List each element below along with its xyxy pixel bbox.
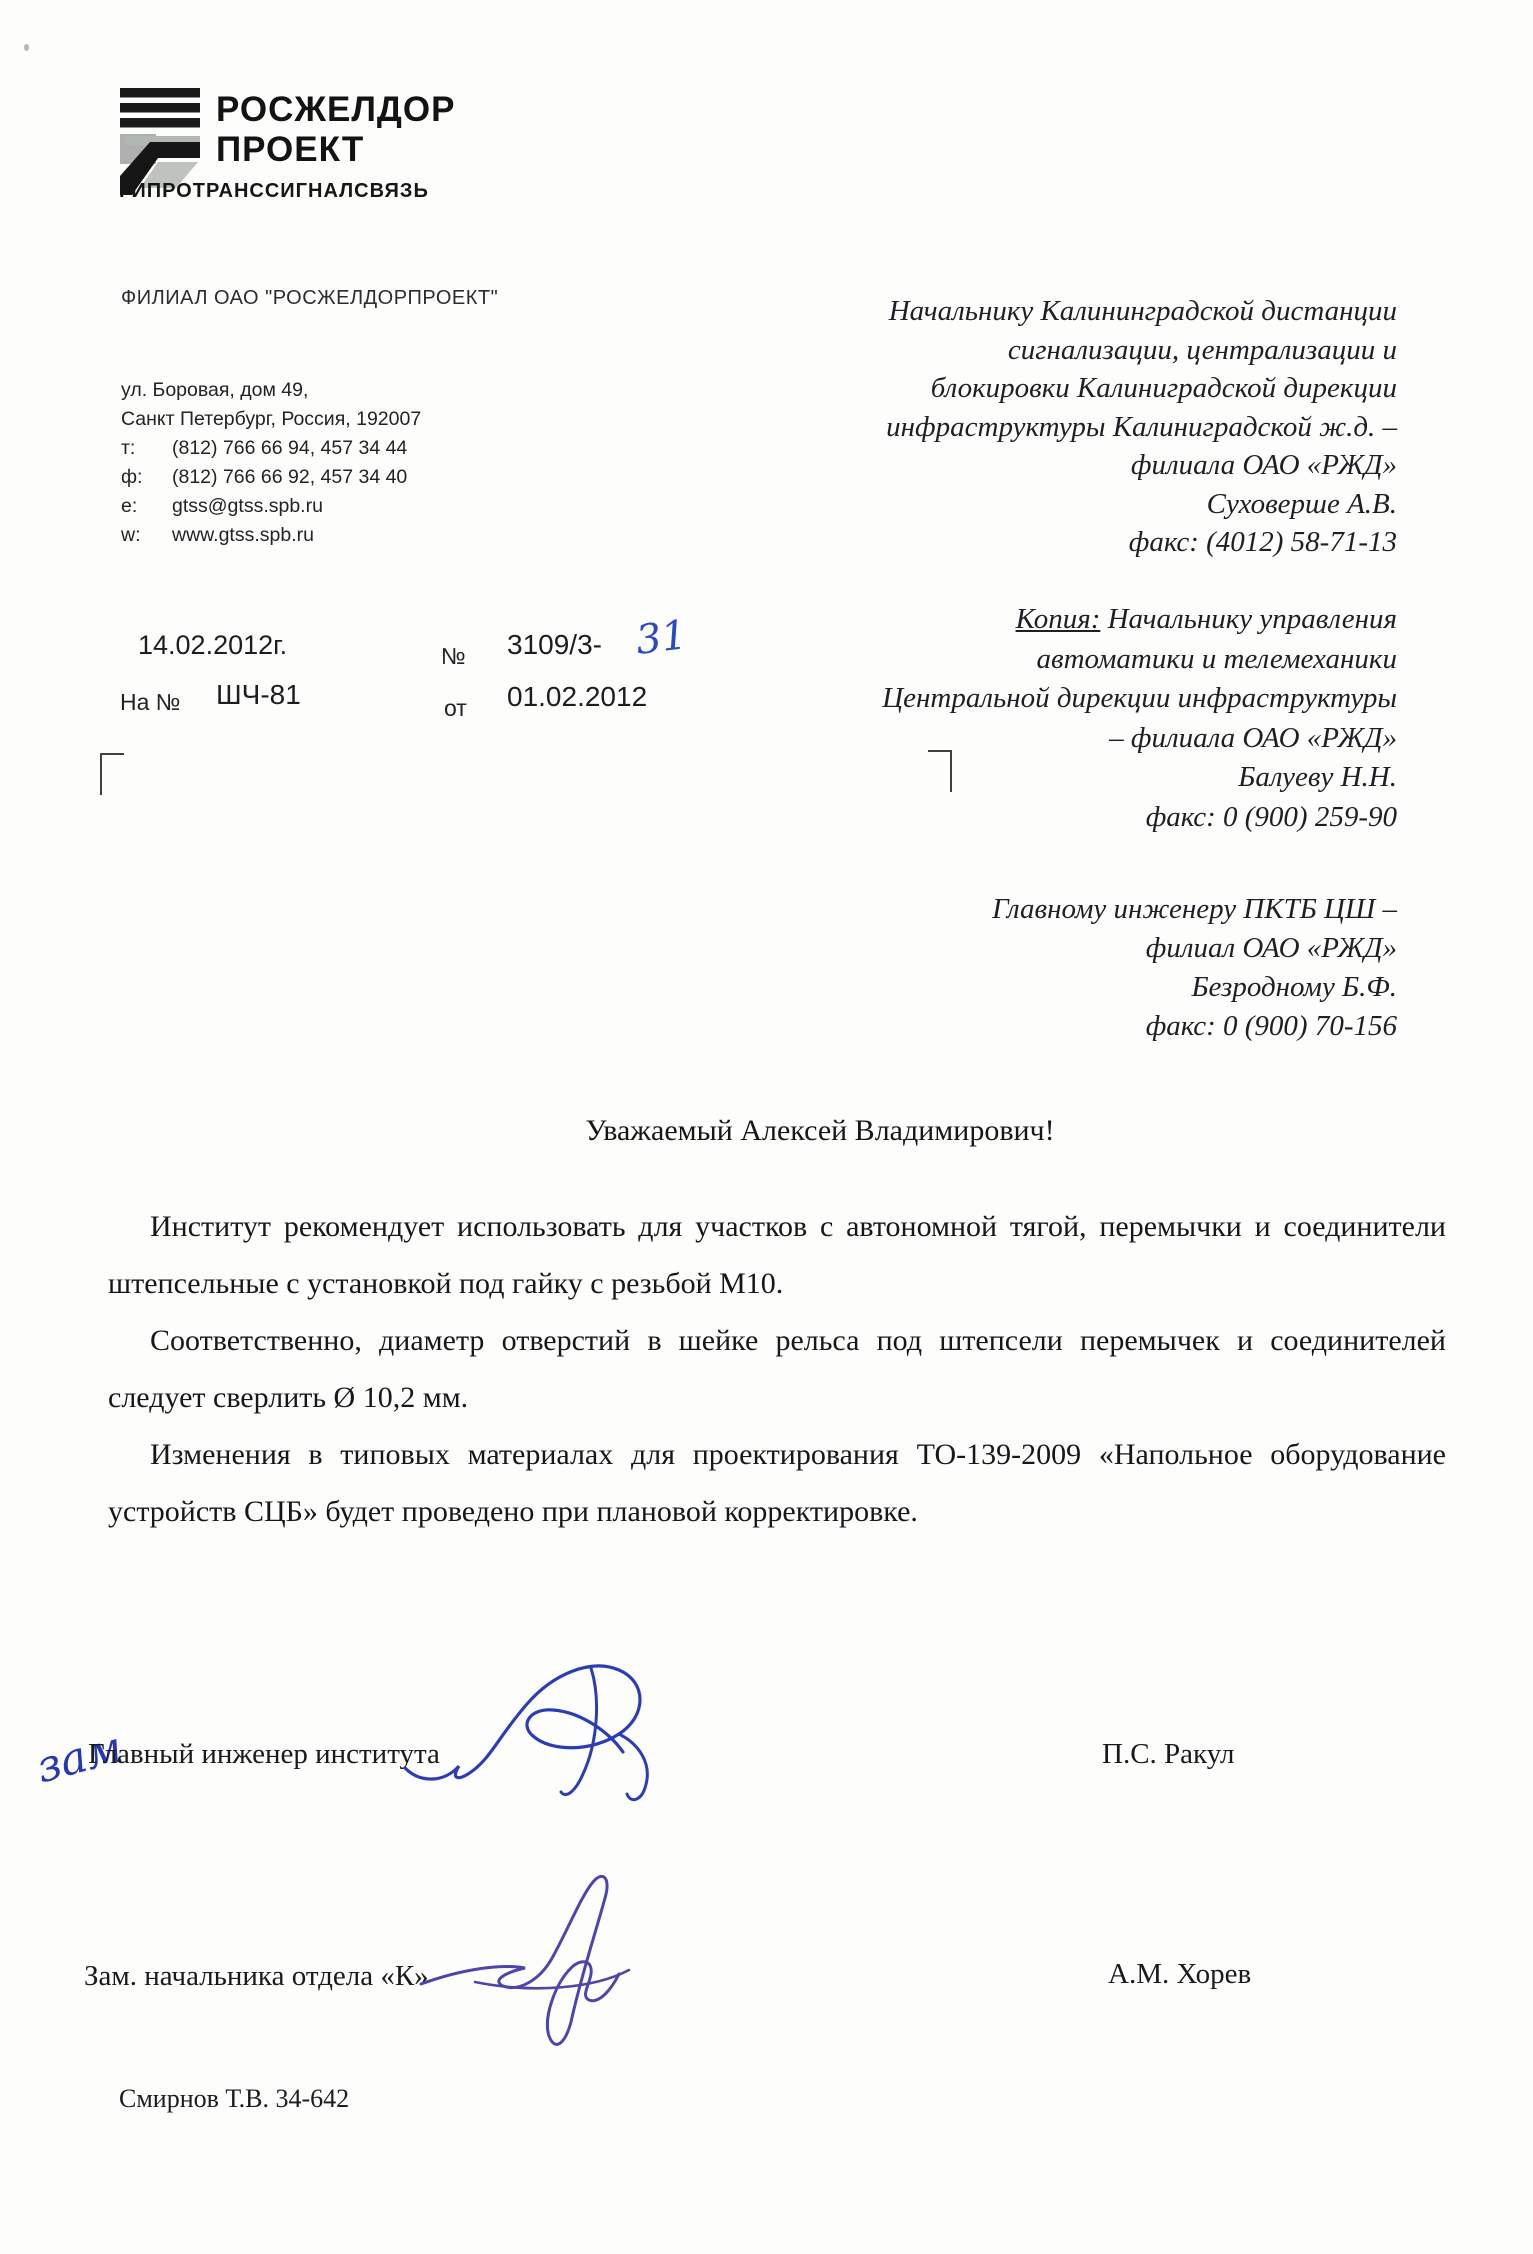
salutation: Уважаемый Алексей Владимирович!: [200, 1114, 1440, 1148]
recipient1-line: блокировки Калиниградской дирекции: [500, 369, 1397, 408]
brand-tagline: ГИПРОТРАНССИГНАЛСВЯЗЬ: [119, 180, 429, 203]
recipient3-line: Главному инженеру ПКТБ ЦШ –: [500, 890, 1397, 929]
recipient2-fax: факс: 0 (900) 259-90: [500, 798, 1397, 838]
number-label: №: [441, 643, 466, 670]
recipient3-name: Безродному Б.Ф.: [500, 968, 1397, 1007]
signature1-name: П.С. Ракул: [1102, 1738, 1234, 1771]
letter-scan-page: РОСЖЕЛДОР ПРОЕКТ ГИПРОТРАНССИГНАЛСВЯЗЬ Ф…: [0, 0, 1533, 2254]
email-value: gtss@gtss.spb.ru: [172, 492, 323, 521]
address-corner-mark-left: [100, 753, 124, 795]
address-line2: Санкт Петербург, Россия, 192007: [121, 405, 421, 434]
phone-label: т:: [121, 434, 172, 463]
fax-value: (812) 766 66 92, 457 34 40: [172, 463, 407, 492]
recipient2-head: Копия: Начальнику управления: [500, 600, 1397, 640]
body-paragraph-1: Институт рекомендует использовать для уч…: [108, 1198, 1446, 1312]
recipient3-line: филиал ОАО «РЖД»: [500, 929, 1397, 968]
recipient2-line: автоматики и телемеханики: [500, 640, 1397, 680]
on-number-label: На №: [120, 689, 180, 716]
executor-line: Смирнов Т.В. 34-642: [119, 2084, 349, 2114]
recipient1-name: Суховерше А.В.: [500, 485, 1397, 524]
signature2-autograph-icon: [415, 1872, 675, 2062]
recipient3-fax: факс: 0 (900) 70-156: [500, 1007, 1397, 1046]
from-label: от: [444, 695, 467, 722]
fax-label: ф:: [121, 463, 172, 492]
letter-date: 14.02.2012г.: [138, 630, 287, 661]
contact-email: e: gtss@gtss.spb.ru: [121, 492, 421, 521]
recipient1-fax: факс: (4012) 58-71-13: [500, 523, 1397, 562]
recipient2-line: Центральной дирекции инфраструктуры: [500, 679, 1397, 719]
recipient1-line: инфраструктуры Калиниградской ж.д. –: [500, 408, 1397, 447]
signature2-title: Зам. начальника отдела «К»: [84, 1960, 429, 1993]
contact-phone: т: (812) 766 66 94, 457 34 44: [121, 434, 421, 463]
recipient2-head-text: Начальнику управления: [1108, 603, 1397, 635]
contact-web: w: www.gtss.spb.ru: [121, 521, 421, 550]
email-label: e:: [121, 492, 172, 521]
address-line1: ул. Боровая, дом 49,: [121, 376, 421, 405]
address-block: ул. Боровая, дом 49, Санкт Петербург, Ро…: [121, 376, 421, 550]
recipient-block-3: Главному инженеру ПКТБ ЦШ – филиал ОАО «…: [500, 890, 1397, 1046]
recipient2-line: – филиала ОАО «РЖД»: [500, 719, 1397, 759]
contact-fax: ф: (812) 766 66 92, 457 34 40: [121, 463, 421, 492]
recipient1-line: Начальнику Калининградской дистанции: [500, 292, 1397, 331]
body-paragraph-3: Изменения в типовых материалах для проек…: [108, 1426, 1446, 1540]
recipient-block-2: Копия: Начальнику управления автоматики …: [500, 600, 1397, 837]
signature1-autograph-icon: [395, 1648, 665, 1823]
web-label: w:: [121, 521, 172, 550]
body-paragraph-2: Соответственно, диаметр отверстий в шейк…: [108, 1312, 1446, 1426]
phone-value: (812) 766 66 94, 457 34 44: [172, 434, 407, 463]
brand-line1: РОСЖЕЛДОР: [216, 92, 455, 127]
signature2-name: А.М. Хорев: [1108, 1958, 1251, 1991]
recipient1-line: сигнализации, централизации и: [500, 331, 1397, 370]
scan-artifact-dot: [24, 44, 29, 51]
recipient-block-1: Начальнику Калининградской дистанции сиг…: [500, 292, 1397, 562]
on-number-value: ШЧ-81: [216, 679, 301, 711]
brand-line2: ПРОЕКТ: [216, 132, 364, 167]
recipient1-line: филиала ОАО «РЖД»: [500, 446, 1397, 485]
recipient2-name: Балуеву Н.Н.: [500, 758, 1397, 798]
signature1-title: Главный инженер института: [88, 1738, 440, 1771]
copy-label: Копия:: [1016, 603, 1101, 635]
web-value: www.gtss.spb.ru: [172, 521, 314, 550]
branch-name: ФИЛИАЛ ОАО "РОСЖЕЛДОРПРОЕКТ": [121, 287, 498, 310]
letter-body: Институт рекомендует использовать для уч…: [108, 1198, 1446, 1540]
